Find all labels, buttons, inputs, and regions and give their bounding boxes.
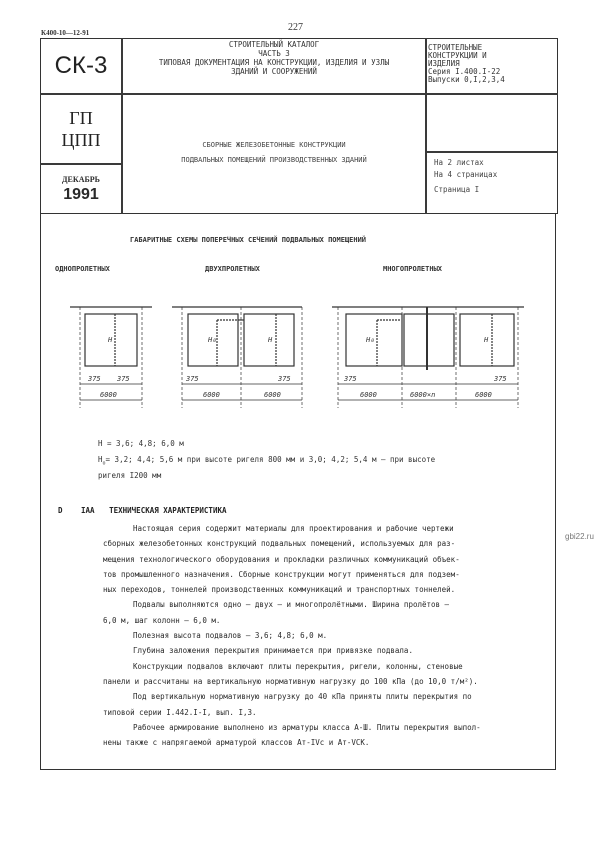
org-line: ЦПП <box>62 129 101 151</box>
height-label: H₀ <box>207 336 216 344</box>
catalog-line: СТРОИТЕЛЬНЫЙ КАТАЛОГ <box>124 40 424 49</box>
paragraph-line: Под вертикальную нормативную нагрузку до… <box>103 689 533 704</box>
dim-label: 6000 <box>360 391 377 399</box>
formula-h: H = 3,6; 4,8; 6,0 м <box>98 436 184 451</box>
series-info: СТРОИТЕЛЬНЫЕ КОНСТРУКЦИИ И ИЗДЕЛИЯ Серия… <box>428 44 505 84</box>
title-line: СБОРНЫЕ ЖЕЛЕЗОБЕТОННЫЕ КОНСТРУКЦИИ <box>124 138 424 153</box>
label-multi-span: МНОГОПРОЛЕТНЫХ <box>383 265 442 273</box>
document-code: К400-10—12-91 <box>41 29 89 37</box>
paragraph-line: Конструкции подвалов включают плиты пере… <box>103 659 533 674</box>
catalog-line: ТИПОВАЯ ДОКУМЕНТАЦИЯ НА КОНСТРУКЦИИ, ИЗД… <box>124 58 424 67</box>
height-label: H₀ <box>365 336 374 344</box>
dim-label: 6000 <box>264 391 281 399</box>
section-marker: D <box>58 506 63 515</box>
technical-description: Настоящая серия содержит материалы для п… <box>103 521 533 750</box>
dim-label: 375 <box>493 375 507 383</box>
dim-label: 375 <box>277 375 291 383</box>
dim-label: 375 <box>87 375 101 383</box>
paragraph-line: нены также с напрягаемой арматурой класс… <box>103 735 533 750</box>
paragraph-line: Настоящая серия содержит материалы для п… <box>103 521 533 536</box>
stamp-code: СК-3 <box>40 38 122 94</box>
paragraph-line: Глубина заложения перекрытия принимается… <box>103 643 533 658</box>
catalog-heading: СТРОИТЕЛЬНЫЙ КАТАЛОГ ЧАСТЬ 3 ТИПОВАЯ ДОК… <box>124 40 424 76</box>
page-count: На 4 страницах <box>434 169 497 181</box>
date-month: ДЕКАБРЬ <box>62 175 100 184</box>
paragraph-line: Рабочее армирование выполнено из арматур… <box>103 720 533 735</box>
organization: ГП ЦПП <box>40 94 122 164</box>
paragraph-line: Полезная высота подвалов – 3,6; 4,8; 6,0… <box>103 628 533 643</box>
formula-h0-continued: ригеля I200 мм <box>98 468 161 483</box>
paragraph-line: тов промышленного назначения. Сборные ко… <box>103 567 533 582</box>
dim-label: 6000 <box>475 391 492 399</box>
cross-section-diagrams: 375 375 6000 H 375 375 6000 6000 H₀ H 37… <box>0 290 596 420</box>
org-line: ГП <box>69 107 92 129</box>
title-line: ПОДВАЛЬНЫХ ПОМЕЩЕНИЙ ПРОИЗВОДСТВЕННЫХ ЗД… <box>124 153 424 168</box>
paragraph-line: Подвалы выполняются одно – двух – и мног… <box>103 597 533 612</box>
date-block: ДЕКАБРЬ 1991 <box>40 164 122 214</box>
dim-label: 375 <box>116 375 130 383</box>
sheet-count: На 2 листах <box>434 157 497 169</box>
divider <box>425 38 427 214</box>
date-year: 1991 <box>63 186 99 204</box>
paragraph-line: 6,0 м, шаг колонн – 6,0 м. <box>103 613 533 628</box>
formula-text: = 3,2; 4,4; 5,6 м при высоте ригеля 800 … <box>106 455 436 464</box>
section-number: IAA <box>81 506 95 515</box>
dim-label: 6000 <box>203 391 220 399</box>
sheet-info: На 2 листах На 4 страницах Страница I <box>434 157 497 196</box>
series-line: Выпуски 0,I,2,3,4 <box>428 76 505 84</box>
section-heading: D IAA ТЕХНИЧЕСКАЯ ХАРАКТЕРИСТИКА <box>58 506 227 515</box>
divider <box>425 151 558 153</box>
dim-label: 375 <box>185 375 199 383</box>
label-double-span: ДВУХПРОЛЕТНЫХ <box>205 265 260 273</box>
paragraph-line: типовой серии I.442.I-I, вып. I,3. <box>103 705 533 720</box>
height-label: H <box>267 336 273 344</box>
height-label: H <box>483 336 489 344</box>
document-title: СБОРНЫЕ ЖЕЛЕЗОБЕТОННЫЕ КОНСТРУКЦИИ ПОДВА… <box>124 138 424 168</box>
schemes-title: ГАБАРИТНЫЕ СХЕМЫ ПОПЕРЕЧНЫХ СЕЧЕНИЙ ПОДВ… <box>130 236 366 244</box>
dim-label: 375 <box>343 375 357 383</box>
dim-label: 6000 <box>100 391 117 399</box>
label-single-span: ОДНОПРОЛЕТНЫХ <box>55 265 110 273</box>
catalog-line: ЧАСТЬ 3 <box>124 49 424 58</box>
paragraph-line: сборных железобетонных конструкций подва… <box>103 536 533 551</box>
section-title: ТЕХНИЧЕСКАЯ ХАРАКТЕРИСТИКА <box>109 506 226 515</box>
catalog-line: ЗДАНИЙ И СООРУЖЕНИЙ <box>124 67 424 76</box>
paragraph-line: мещения технологического оборудования и … <box>103 552 533 567</box>
dim-label: 6000×n <box>410 391 435 399</box>
page-number: 227 <box>288 22 303 33</box>
paragraph-line: ных переходов, тоннелей производственных… <box>103 582 533 597</box>
current-page: Страница I <box>434 184 497 196</box>
height-label: H <box>107 336 113 344</box>
watermark: gbi22.ru <box>565 532 594 541</box>
paragraph-line: панели и рассчитаны на вертикальную норм… <box>103 674 533 689</box>
